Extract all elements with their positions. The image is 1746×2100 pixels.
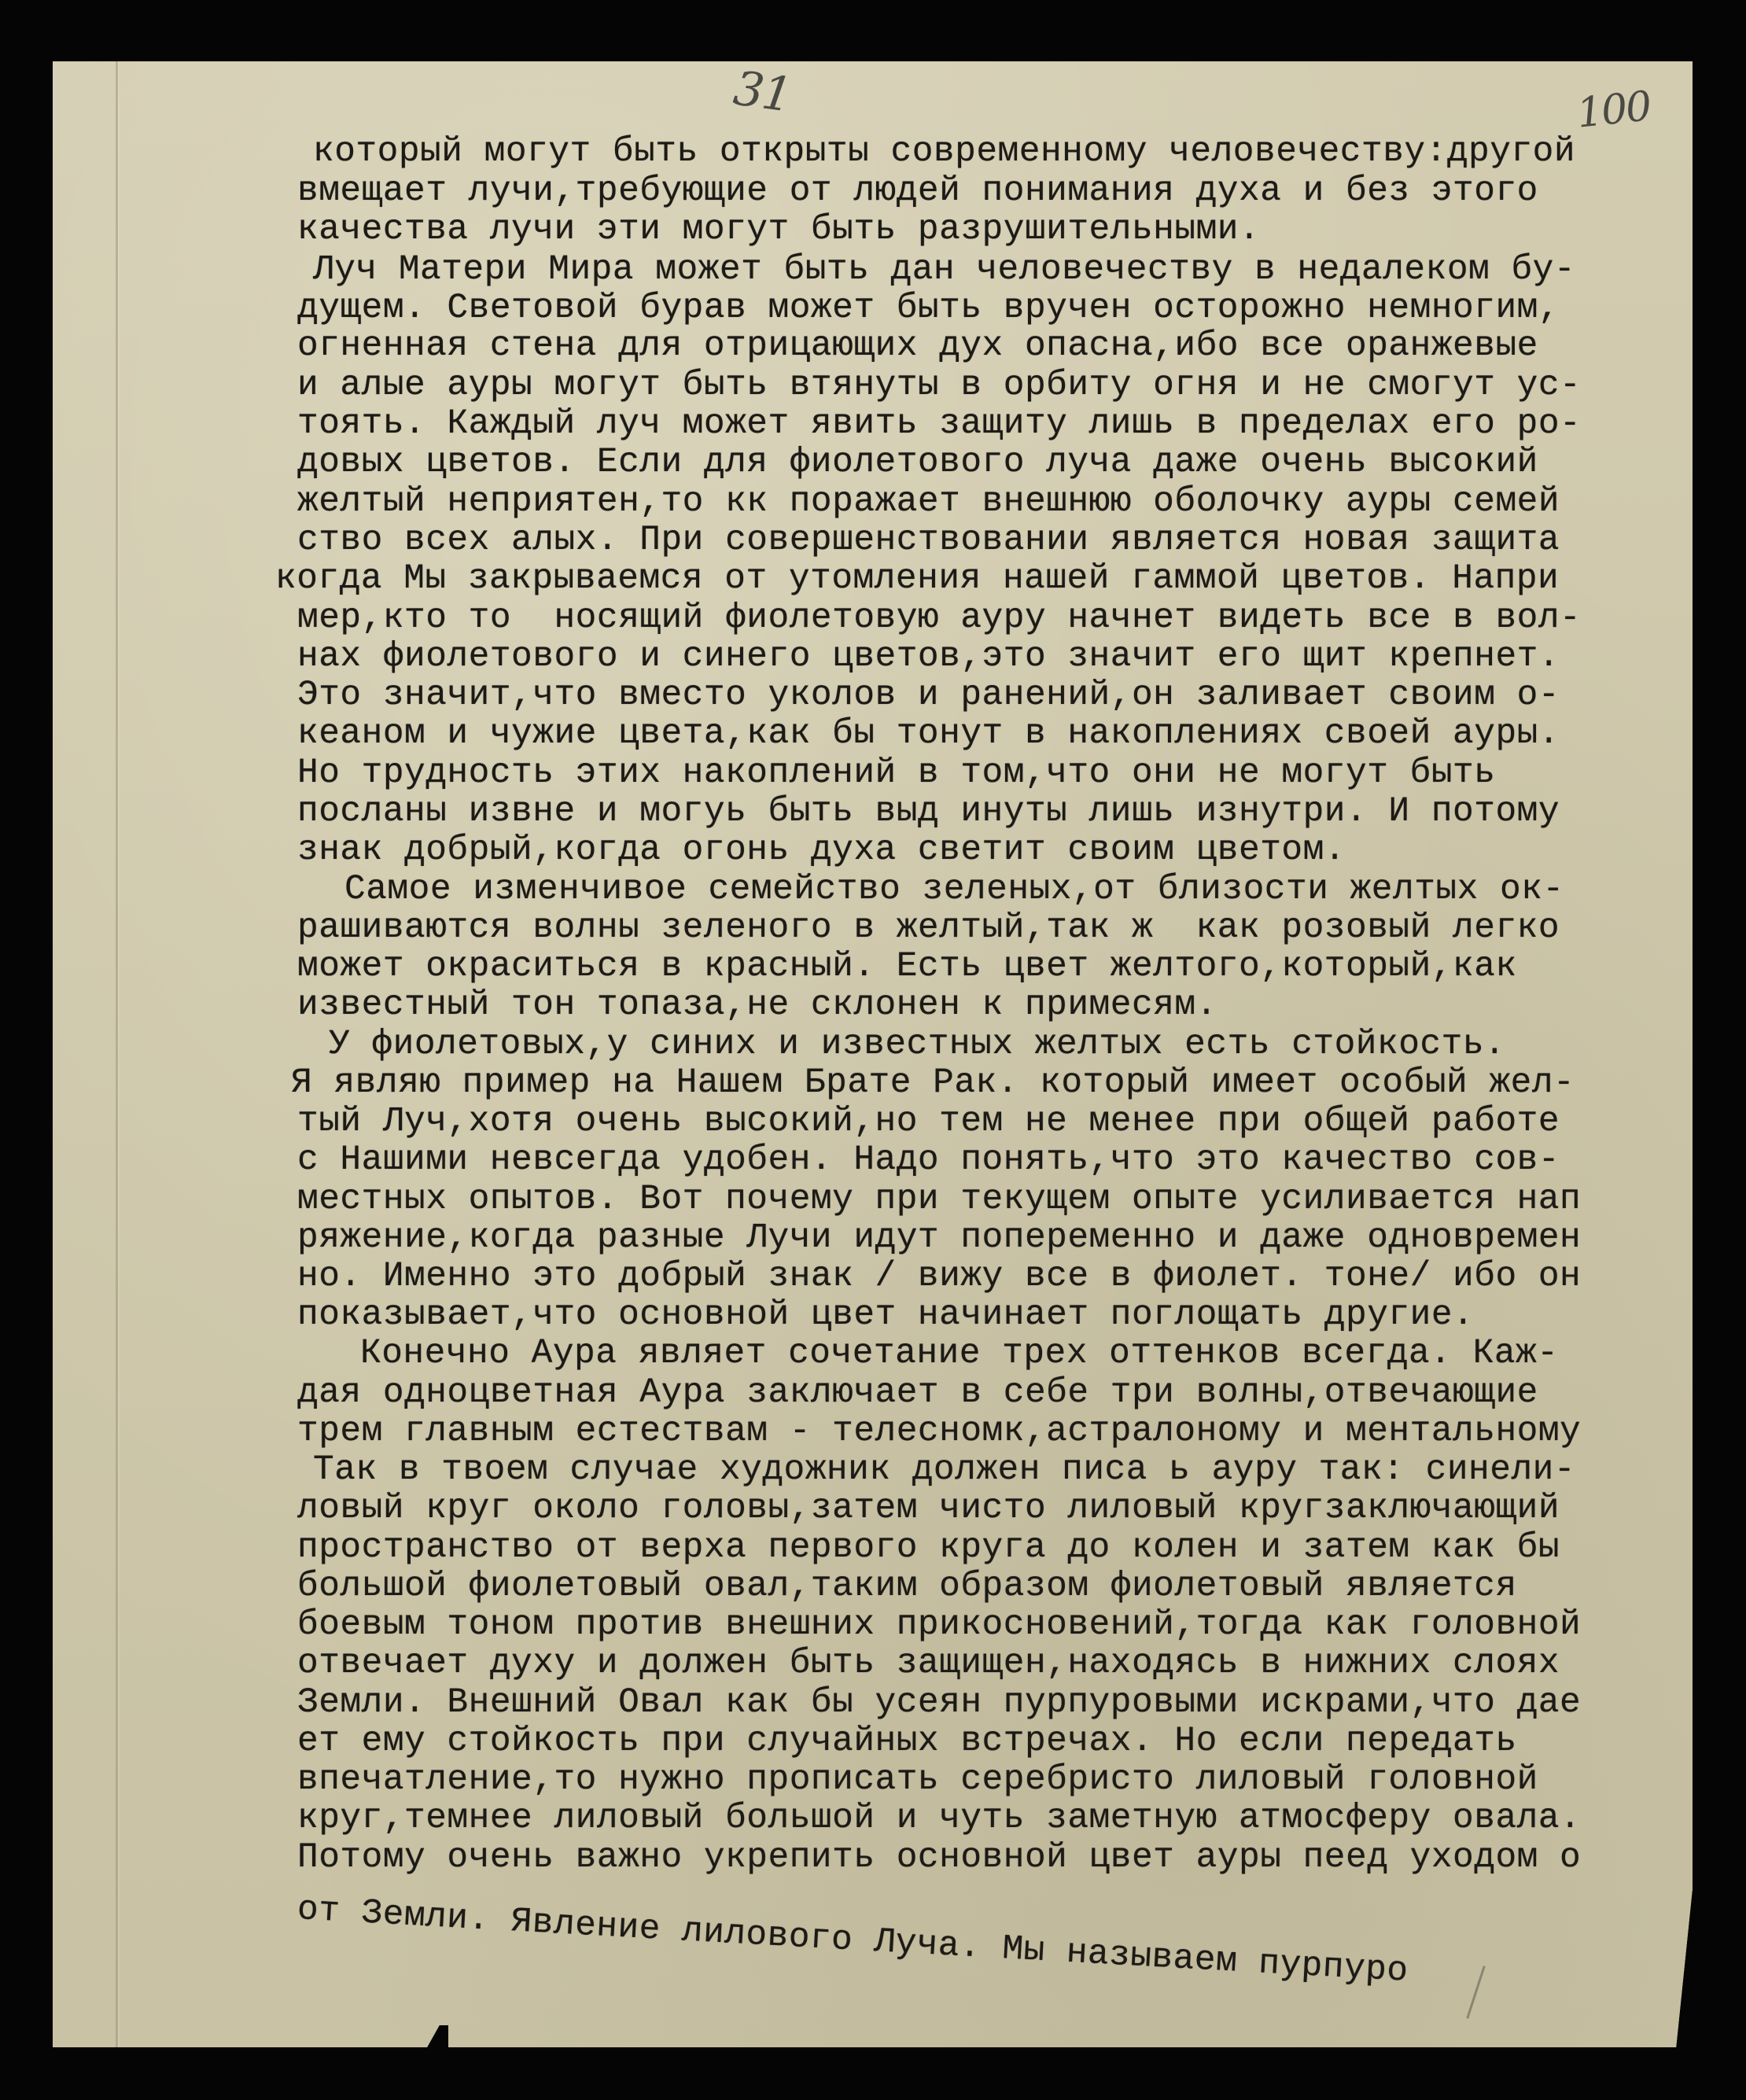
typed-line: огненная стена для отрицающих дух опасна… (297, 327, 1538, 365)
typed-line: ет ему стойкость при случайных встречах.… (297, 1722, 1517, 1760)
typed-line: довых цветов. Если для фиолетового луча … (297, 444, 1538, 481)
typed-line: Земли. Внешний Овал как бы усеян пурпуро… (297, 1684, 1581, 1722)
typed-line: Так в твоем случае художник должен писа … (313, 1451, 1575, 1489)
typed-line: Но трудность этих накоплений в том,что о… (297, 754, 1495, 792)
typed-line: ряжение,когда разные Лучи идут поперемен… (297, 1219, 1581, 1257)
typed-line: круг,темнее лиловый большой и чуть замет… (297, 1800, 1581, 1837)
typed-line: отвечает духу и должен быть защищен,нахо… (297, 1645, 1560, 1682)
typed-line: рашиваются волны зеленого в желтый,так ж… (297, 909, 1560, 947)
typewritten-body: который могут быть открыты современному … (0, 0, 1746, 2100)
typed-line: показывает,что основной цвет начинает по… (297, 1296, 1474, 1334)
typed-line: желтый неприятен,то кк поражает внешнюю … (297, 483, 1560, 521)
typed-line: который могут быть открыты современному … (313, 133, 1575, 171)
typed-line: вмещает лучи,требующие от людей понимани… (297, 172, 1538, 210)
typed-line: но. Именно это добрый знак / вижу все в … (297, 1258, 1581, 1295)
typed-line: кеаном и чужие цвета,как бы тонут в нако… (297, 715, 1560, 753)
typed-line: Конечно Аура являет сочетание трех оттен… (360, 1335, 1558, 1372)
typed-line: У фиолетовых,у синих и известных желтых … (329, 1026, 1505, 1063)
typed-line: нах фиолетового и синего цветов,это знач… (297, 638, 1560, 676)
typed-line: Я являю пример на Нашем Брате Рак. котор… (291, 1064, 1575, 1102)
typed-line: с Нашими невсегда удобен. Надо понять,чт… (297, 1141, 1560, 1179)
typed-line: дая одноцветная Аура заключает в себе тр… (297, 1374, 1538, 1412)
typed-line: дущем. Световой бурав может быть вручен … (297, 289, 1560, 327)
typed-line: ловый круг около головы,затем чисто лило… (297, 1490, 1560, 1527)
typed-line: Это значит,что вместо уколов и ранений,о… (297, 676, 1560, 714)
typed-line: Потому очень важно укрепить основной цве… (297, 1839, 1581, 1877)
typed-line: может окраситься в красный. Есть цвет же… (297, 948, 1517, 986)
typed-line: посланы извне и могуь быть выд инуты лиш… (297, 793, 1560, 831)
typed-line: от Земли. Явление лилового Луча. Мы назы… (297, 1891, 1409, 1991)
typed-line: когда Мы закрываемся от утомления нашей … (275, 560, 1559, 598)
scan-background: 31 100 который могут быть открыты соврем… (0, 0, 1746, 2100)
typed-line: большой фиолетовый овал,таким образом фи… (297, 1568, 1517, 1605)
typed-line: известный тон топаза,не склонен к примес… (297, 986, 1217, 1024)
typed-line: тоять. Каждый луч может явить защиту лиш… (297, 405, 1581, 443)
typed-line: ство всех алых. При совершенствовании яв… (297, 521, 1560, 559)
typed-line: мер,кто то носящий фиолетовую ауру начне… (297, 599, 1581, 637)
typed-line: тый Луч,хотя очень высокий,но тем не мен… (297, 1103, 1560, 1140)
typed-line: Луч Матери Мира может быть дан человечес… (313, 251, 1575, 289)
typed-line: впечатление,то нужно прописать серебрист… (297, 1761, 1538, 1799)
typed-line: местных опытов. Вот почему при текущем о… (297, 1181, 1581, 1218)
typed-line: знак добрый,когда огонь духа светит свои… (297, 831, 1346, 869)
typed-line: и алые ауры могут быть втянуты в орбиту … (297, 367, 1581, 404)
typed-line: трем главным естествам - телесномк,астра… (297, 1413, 1581, 1450)
typed-line: Самое изменчивое семейство зеленых,от бл… (344, 871, 1564, 908)
typed-line: качества лучи эти могут быть разрушитель… (297, 211, 1260, 249)
typed-line: боевым тоном против внешних прикосновени… (297, 1606, 1581, 1644)
typed-line: пространство от верха первого круга до к… (297, 1529, 1560, 1567)
